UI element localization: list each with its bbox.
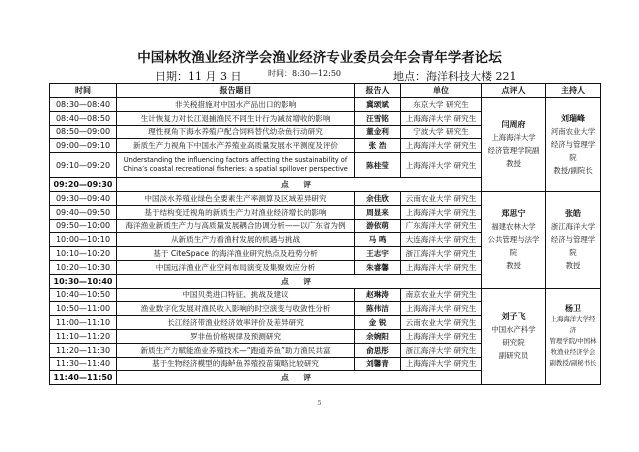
host-line: 经济与管理学院 [548,233,598,259]
table-row: 08:30—08:40 非关税措施对中国水产品出口的影响 冀颂斌 东京大学 研究… [50,98,601,112]
row-speaker: 俞思彤 [355,343,401,357]
row-speaker: 金 锐 [355,316,401,330]
header-reviewer: 点评人 [482,84,546,98]
row-title: 中国淡水养殖业绿色全要素生产率测算及区域差异研究 [117,191,355,205]
row-time: 10:40—10:50 [50,288,117,302]
row-title: 中国远洋渔业产业空间布局演变及集聚效应分析 [117,260,355,274]
page-title: 中国林牧渔业经济学会渔业经济专业委员会年会青年学者论坛 [0,46,639,66]
row-time: 11:10—11:20 [50,329,117,343]
schedule-table: 时间 报告题目 报告人 单位 点评人 主持人 08:30—08:40 非关税措施… [49,83,601,385]
row-time: 08:30—08:40 [50,98,117,112]
row-title: 从新质生产力看渔村发展的机遇与挑战 [117,233,355,247]
reviewer-cell: 刘子飞 中国水产科学 研究院 副研究员 [482,288,546,385]
row-title: 海洋渔业新质生产力与高质量发展耦合协调分析——以广东省为例 [117,219,355,233]
row-title: 生计恢复力对长江退捕渔民不同生计行为减贫增收的影响 [117,111,355,125]
row-title: 渔业数字化发展对渔民收入影响的时空演变与收敛性分析 [117,302,355,316]
row-speaker: 赵琳涛 [355,288,401,302]
row-time: 09:40—09:50 [50,205,117,219]
reviewer-line: 教授 [484,259,543,272]
row-title: 新质生产力视角下中国水产养殖业高质量发展水平测度及评价 [117,139,355,153]
review-time: 09:20—09:30 [50,178,117,192]
row-title: 中国贝类进口特征、挑战及建议 [117,288,355,302]
header-title: 报告题目 [117,84,355,98]
header-host: 主持人 [546,84,601,98]
table-header-row: 时间 报告题目 报告人 单位 点评人 主持人 [50,84,601,98]
row-title: 长江经济带渔业经济效率评价及差异研究 [117,316,355,330]
review-label: 点 评 [117,371,482,385]
row-affiliation: 上海海洋大学 研究生 [401,302,482,316]
event-time: 时间：8:30—12:50 [268,68,341,79]
row-title: 理性视角下海水养殖户配合饲料替代幼杂鱼行动研究 [117,125,355,139]
page-number: 5 [0,400,639,407]
reviewer-line: 教授 [484,157,543,170]
row-time: 09:00—09:10 [50,139,117,153]
row-speaker: 马 鸣 [355,233,401,247]
row-affiliation: 云南农业大学 研究生 [401,191,482,205]
reviewer-line: 研究院 [484,336,543,349]
row-speaker: 余婉阳 [355,329,401,343]
host-line: 牧渔业经济学会 [548,347,598,358]
review-label: 点 评 [117,274,482,288]
row-time: 11:30—11:40 [50,357,117,371]
row-affiliation: 上海海洋大学 研究生 [401,205,482,219]
host-cell: 杨卫 上海海洋大学经济 管理学院/中国林 牧渔业经济学会 副教授/副秘书长 [546,288,601,385]
row-time: 10:20—10:30 [50,260,117,274]
row-affiliation: 浙江海洋大学 研究生 [401,247,482,261]
host-line: 教授 [548,259,598,272]
event-date: 日期：11 月 3 日 [155,68,242,84]
row-title: 罗非鱼价格规律及预测研究 [117,329,355,343]
row-time: 09:50—10:00 [50,219,117,233]
row-affiliation: 上海海洋大学 研究生 [401,260,482,274]
host-name: 刘瑞峰 [548,112,598,125]
row-speaker: 董金利 [355,125,401,139]
review-time: 11:40—11:50 [50,371,117,385]
host-name: 张皓 [548,207,598,220]
row-affiliation: 上海海洋大学 研究生 [401,357,482,371]
row-speaker: 朱睿馨 [355,260,401,274]
host-line: 河南农业大学 [548,125,598,138]
row-speaker: 冀颂斌 [355,98,401,112]
row-time: 08:50—09:00 [50,125,117,139]
row-time: 10:00—10:10 [50,233,117,247]
row-affiliation: 上海海洋大学 研究生 [401,111,482,125]
row-time: 09:30—09:40 [50,191,117,205]
row-title: 基于生物经济模型的海鲈鱼养殖投苗策略比较研究 [117,357,355,371]
row-speaker: 陈伟洁 [355,302,401,316]
host-line: 管理学院/中国林 [548,336,598,347]
review-time: 10:30—10:40 [50,274,117,288]
row-affiliation: 上海海洋大学 研究生 [401,329,482,343]
row-affiliation: 宁波大学 研究生 [401,125,482,139]
header-affiliation: 单位 [401,84,482,98]
row-speaker: 王志宇 [355,247,401,261]
row-time: 10:50—11:00 [50,302,117,316]
reviewer-line: 上海海洋大学 [484,131,543,144]
row-affiliation: 大连海洋大学 研究生 [401,233,482,247]
table-row: 09:30—09:40 中国淡水养殖业绿色全要素生产率测算及区域差异研究 余佳欣… [50,191,601,205]
row-title: Understanding the influencing factors af… [117,153,355,178]
host-line: 副教授/副秘书长 [548,358,598,369]
host-line: 浙江海洋大学 [548,220,598,233]
reviewer-name: 郑思宁 [484,207,543,220]
reviewer-name: 闫周府 [484,118,543,131]
header-time: 时间 [50,84,117,98]
row-title: 基于结构变迁视角的新质生产力对渔业经济增长的影响 [117,205,355,219]
row-time: 08:40—08:50 [50,111,117,125]
reviewer-cell: 郑思宁 福建农林大学 公共管理与法学院 教授 [482,191,546,288]
host-line: 教授/副院长 [548,164,598,177]
row-title: 新质生产力赋能渔业养殖技术—“跑道养鱼”助力渔民共富 [117,343,355,357]
row-speaker: 张 浩 [355,139,401,153]
host-line: 经济与管理学院 [548,138,598,164]
reviewer-line: 中国水产科学 [484,323,543,336]
table-row: 10:40—10:50 中国贝类进口特征、挑战及建议 赵琳涛 南京农业大学 研究… [50,288,601,302]
host-name: 杨卫 [548,303,598,314]
host-line: 上海海洋大学经济 [548,314,598,336]
reviewer-line: 经济管理学院副 [484,144,543,157]
reviewer-name: 刘子飞 [484,310,543,323]
row-time: 10:10—10:20 [50,247,117,261]
row-affiliation: 广东海洋大学 研究生 [401,219,482,233]
reviewer-line: 福建农林大学 [484,220,543,233]
row-speaker: 陈桂莹 [355,153,401,178]
row-time: 11:20—11:30 [50,343,117,357]
row-affiliation: 东京大学 研究生 [401,98,482,112]
row-speaker: 周显来 [355,205,401,219]
host-cell: 刘瑞峰 河南农业大学 经济与管理学院 教授/副院长 [546,98,601,192]
row-speaker: 余佳欣 [355,191,401,205]
header-speaker: 报告人 [355,84,401,98]
row-affiliation: 上海海洋大学 研究生 [401,139,482,153]
row-speaker: 刘馨青 [355,357,401,371]
row-affiliation: 上海海洋大学 研究生 [401,153,482,178]
reviewer-line: 公共管理与法学院 [484,233,543,259]
row-affiliation: 浙江海洋大学 研究生 [401,343,482,357]
review-label: 点 评 [117,178,482,192]
reviewer-cell: 闫周府 上海海洋大学 经济管理学院副 教授 [482,98,546,192]
row-speaker: 游依萌 [355,219,401,233]
row-affiliation: 云南农业大学 研究生 [401,316,482,330]
host-cell: 张皓 浙江海洋大学 经济与管理学院 教授 [546,191,601,288]
row-title: 非关税措施对中国水产品出口的影响 [117,98,355,112]
row-speaker: 汪雪铭 [355,111,401,125]
reviewer-line: 副研究员 [484,349,543,362]
row-time: 11:00—11:10 [50,316,117,330]
row-title: 基于 CiteSpace 的海洋渔业研究热点及趋势分析 [117,247,355,261]
row-time: 09:10—09:20 [50,153,117,178]
row-affiliation: 南京农业大学 研究生 [401,288,482,302]
event-location: 地点：海洋科技大楼 221 [393,68,517,84]
